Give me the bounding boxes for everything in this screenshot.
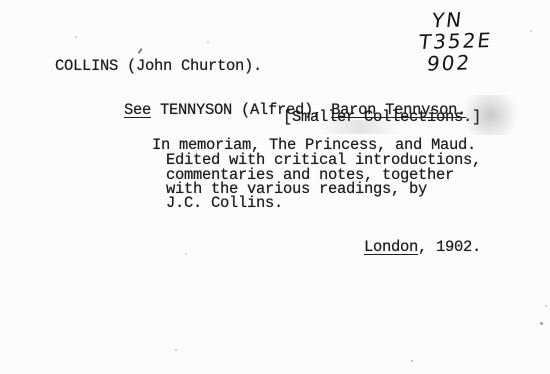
speck: [347, 116, 349, 118]
shelfmark-line-2: T352E: [418, 30, 494, 52]
shelfmark-line-1: YN: [431, 10, 465, 31]
heading-author: COLLINS (John Churton).: [55, 59, 262, 74]
stray-mark: [138, 48, 143, 54]
smudge: [300, 120, 420, 134]
body-line-5: J.C. Collins.: [166, 196, 283, 211]
imprint-date: , 1902.: [418, 238, 481, 256]
speck: [545, 305, 547, 307]
smudge: [455, 95, 525, 135]
speck: [540, 322, 543, 325]
catalog-card: YN T352E 902 COLLINS (John Churton). See…: [0, 0, 550, 374]
speck: [411, 360, 413, 362]
speck: [207, 41, 209, 43]
speck: [175, 349, 177, 351]
imprint-place: London: [364, 238, 418, 256]
speck: [185, 253, 187, 255]
see-label: See: [124, 101, 151, 119]
speck: [530, 30, 532, 32]
imprint: London, 1902.: [328, 225, 481, 270]
speck: [75, 36, 77, 38]
shelfmark-line-3: 902: [426, 52, 473, 73]
